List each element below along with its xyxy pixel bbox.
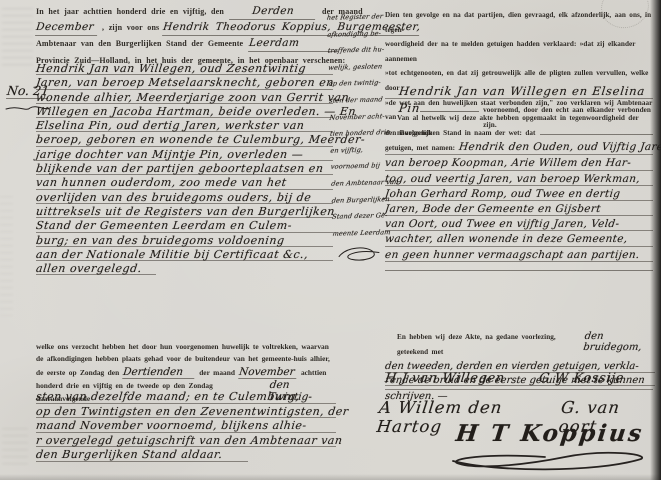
- handwritten-text: Johan Gerhard Romp, oud Twee en dertig: [384, 187, 621, 201]
- margin-note-line: en vijftig,: [330, 140, 386, 158]
- handwritten-text: en geen hunner vermaagschapt aan partije…: [384, 248, 640, 262]
- scan-edge-shadow: [650, 0, 661, 480]
- signature-official: H T Koppius: [445, 420, 655, 473]
- mixed-line: getuigen, met namen: Hendrik den Ouden, …: [385, 140, 653, 155]
- handwritten-line: sten van dezelfde maand; en te Culemburg…: [36, 389, 336, 404]
- printed-line: woordigheid der na te melden getuigen ha…: [385, 37, 653, 66]
- handwritten-text: overlijden van des bruidegoms ouders, bi…: [35, 191, 312, 205]
- signature-row-1: H J van Willegen G W Kossije: [385, 371, 653, 390]
- margin-note-line: den Ambtenaar van: [331, 173, 387, 191]
- handwritten-text: Hendrik Jan van Willegen, oud Zesentwint…: [35, 62, 307, 76]
- handwritten-line: op den Twintigsten en den Zevenentwintig…: [36, 404, 336, 419]
- handwritten-text: op den Twintigsten en den Zevenentwintig…: [35, 405, 349, 419]
- margin-note-paraph: [333, 240, 386, 267]
- handwritten-text: Stand der Gemeenten Leerdam en Culem-: [35, 219, 293, 233]
- handwritten-line: Hendrik Jan van Willegen en Elselina: [385, 83, 653, 99]
- handwritten-text: November acht-: [329, 110, 386, 125]
- mixed-line: En hebben wij deze Akte, na gedane voorl…: [385, 330, 655, 359]
- handwritten-text: meente Leerdam: [332, 226, 392, 241]
- margin-note-line: het Register der: [327, 7, 383, 25]
- handwritten-text: aan der Nationale Militie bij Certificaa…: [35, 248, 309, 262]
- handwritten-text: van Oort, oud Twee en vijftig Jaren, Vel…: [384, 217, 620, 231]
- handwritten-line: Elselina Pin, oud dertig Jaren, werkster…: [36, 118, 333, 132]
- marginal-annotation: het Register der afkondiging be- treffen…: [327, 7, 390, 272]
- closing-clause: En hebben wij deze Akte, na gedane voorl…: [385, 330, 655, 404]
- printed-text: getuigen, met namen:: [385, 141, 455, 156]
- bleed-through-ghost-text: [2, 8, 33, 66]
- handwritten-day: Derden: [229, 4, 317, 20]
- handwritten-line: allen overgelegd.: [36, 261, 156, 275]
- signature-groom: H J van Willegen: [384, 371, 506, 386]
- margin-note-line: den Burgerlijken: [331, 190, 387, 208]
- handwritten-text: blijkende van der partijen geboorteplaat…: [35, 162, 324, 176]
- handwritten-line: uittreksels uit de Registers van den Bur…: [36, 204, 333, 218]
- handwritten-text: Jaren, Bode der Gemeente en Gijsbert: [384, 202, 602, 216]
- handwritten-text: voornoemd bij: [330, 160, 381, 175]
- handwritten-text: van beroep Koopman, Arie Willem den Har-: [384, 156, 632, 170]
- signature-official-name: H T Koppius: [454, 420, 645, 447]
- handwritten-line: jarige dochter van Mijntje Pin, overlede…: [36, 147, 333, 161]
- handwritten-text: sten van dezelfde maand; en te Culemburg…: [35, 390, 300, 404]
- handwritten-line: Jaren, van beroep Metselaarsknecht, gebo…: [36, 75, 333, 89]
- handwritten-text: Jaren, van beroep Metselaarsknecht, gebo…: [35, 76, 335, 90]
- handwritten-month: December: [35, 20, 99, 36]
- handwritten-line: Johan Gerhard Romp, oud Twee en dertig: [385, 186, 653, 201]
- printed-text: der maand: [199, 367, 235, 379]
- margin-note-line: sten der maand: [329, 90, 385, 108]
- bleed-through-ghost-text: [0, 196, 13, 316]
- scanned-marriage-act-page: No. 21 In het jaar achttien honderd drie…: [0, 0, 661, 480]
- handwritten-line: Jaren, Bode der Gemeente en Gijsbert: [385, 201, 653, 216]
- printed-line: Dien ten gevolge en na dat partijen, die…: [385, 8, 653, 37]
- handwritten-line: wachter, allen wonende in deze Gemeente,: [385, 231, 653, 246]
- handwritten-text: beroep, geboren en wonende te Culemburg,…: [35, 133, 366, 147]
- printed-text: In het jaar achttien honderd drie en vij…: [36, 4, 224, 19]
- handwritten-date: Dertienden: [122, 366, 196, 379]
- handwritten-line: blijkende van der partijen geboorteplaat…: [36, 161, 333, 175]
- witnesses-paragraph: Van al hetwelk wij deze akte hebben opge…: [385, 111, 653, 271]
- handwritten-line: den Burgerlijken Stand aldaar.: [36, 447, 248, 462]
- handwritten-text: welijk, gesloten: [327, 60, 383, 75]
- margin-note-line: op den twintig-: [328, 74, 384, 92]
- margin-note-line: November acht-: [329, 107, 385, 125]
- handwritten-text: Willegen en Jacoba Hartman, beide overle…: [35, 105, 357, 119]
- printed-text: achttien: [301, 367, 326, 379]
- margin-note-line: treffende dit hu-: [327, 40, 383, 58]
- handwritten-line: van hunnen ouderdom, zoo mede van het: [36, 175, 333, 189]
- handwritten-text: Stand dezer Ge-: [331, 209, 388, 224]
- handwritten-text: wonende alhier, Meerderjarige zoon van G…: [35, 91, 350, 105]
- banns-handwritten: sten van dezelfde maand; en te Culemburg…: [36, 389, 336, 462]
- handwritten-couple-names: Hendrik Jan van Willegen en Elselina: [398, 84, 646, 99]
- handwritten-text: r overgelegd getuigschrift van den Ambte…: [35, 434, 343, 448]
- handwritten-line: beroep, geboren en wonende te Culemburg,…: [36, 132, 333, 146]
- scan-edge-shadow: [0, 474, 661, 480]
- handwritten-line: en geen hunner vermaagschapt aan partije…: [385, 247, 653, 262]
- printed-text: Van al hetwelk wij deze akte hebben opge…: [397, 114, 639, 137]
- handwritten-line: Hendrik Jan van Willegen, oud Zesentwint…: [36, 61, 333, 75]
- intro-line: In het jaar achttien honderd drie en vij…: [36, 4, 333, 20]
- handwritten-line: tog, oud veertig Jaren, van beroep Werkm…: [385, 171, 653, 186]
- closing-rule: [385, 262, 653, 271]
- handwritten-month: November: [238, 366, 298, 379]
- mixed-line: de eerste op Zondag den Dertienden der m…: [36, 366, 336, 379]
- margin-note-line: voornoemd bij: [330, 157, 386, 175]
- printed-text: , zijn voor ons: [102, 20, 159, 35]
- handwritten-text: tien honderd drie: [329, 126, 391, 141]
- printed-text: En hebben wij deze Akte, na gedane voorl…: [385, 330, 580, 359]
- margin-note-line: meente Leerdam: [332, 223, 388, 241]
- printed-text: de afkondigingen hebben plaats gehad voo…: [36, 354, 330, 363]
- handwritten-text: den Burgerlijken Stand aldaar.: [35, 448, 223, 462]
- margin-note-line: tien honderd drie: [330, 123, 386, 141]
- printed-line: welke ons verzocht hebben het door hun v…: [36, 341, 336, 353]
- handwritten-line: overlijden van des bruidegoms ouders, bi…: [36, 190, 333, 204]
- margin-note-line: afkondiging be-: [327, 24, 383, 42]
- signature-witness: G W Kossije: [538, 371, 625, 386]
- handwritten-text: burg; en van des bruidegoms voldoening: [35, 234, 285, 248]
- handwritten-text: Hendrik den Ouden, oud Vijftig Jaren,: [458, 140, 661, 154]
- handwritten-line: aan der Nationale Militie bij Certificaa…: [36, 247, 333, 261]
- printed-line: Van al hetwelk wij deze akte hebben opge…: [385, 111, 653, 140]
- handwritten-line: van Oort, oud Twee en vijftig Jaren, Vel…: [385, 216, 653, 231]
- handwritten-text: sten der maand: [328, 93, 383, 108]
- printed-text: Dien ten gevolge en na dat partijen, die…: [385, 11, 651, 34]
- handwritten-text: afkondiging be-: [326, 27, 381, 42]
- handwritten-text: en vijftig,: [329, 144, 364, 159]
- handwritten-line: maand November voornoemd, blijkens alhie…: [36, 418, 336, 433]
- handwritten-line: van beroep Koopman, Arie Willem den Har-: [385, 155, 653, 170]
- handwritten-text: maand November voornoemd, blijkens alhie…: [35, 419, 307, 433]
- margin-note-line: welijk, gesloten: [328, 57, 384, 75]
- handwritten-text: op den twintig-: [328, 77, 382, 92]
- handwritten-text: jarige dochter van Mijntje Pin, overlede…: [35, 148, 304, 162]
- handwritten-text: het Register der: [326, 10, 384, 25]
- handwritten-text: den bruidegom,: [583, 331, 656, 353]
- handwritten-line: wonende alhier, Meerderjarige zoon van G…: [36, 90, 333, 104]
- handwritten-line: r overgelegd getuigschrift van den Ambte…: [36, 433, 336, 448]
- handwritten-text: wachter, allen wonende in deze Gemeente,: [384, 232, 628, 246]
- margin-note-line: Stand dezer Ge-: [332, 206, 388, 224]
- act-intro: In het jaar achttien honderd drie en vij…: [36, 4, 333, 68]
- handwritten-text: allen overgelegd.: [35, 262, 142, 276]
- printed-text: de eerste op Zondag den: [36, 367, 119, 379]
- printed-text: Ambtenaar van den Burgerlijken Stand der…: [36, 36, 243, 51]
- handwritten-text: Elselina Pin, oud dertig Jaren, werkster…: [35, 119, 305, 133]
- comparition-text: Hendrik Jan van Willegen, oud Zesentwint…: [36, 61, 333, 275]
- intro-line: December , zijn voor ons Hendrik Theodor…: [36, 20, 333, 36]
- handwritten-line: burg; en van des bruidegoms voldoening: [36, 233, 333, 247]
- handwritten-text: tog, oud veertig Jaren, van beroep Werkm…: [384, 172, 641, 186]
- bleed-through-ghost-text: [2, 428, 28, 470]
- printed-text: welke ons verzocht hebben het door hun v…: [36, 342, 329, 351]
- handwritten-text: treffende dit hu-: [327, 43, 385, 58]
- printed-text: woordigheid der na te melden getuigen ha…: [385, 40, 635, 63]
- handwritten-text: den Burgerlijken: [331, 193, 391, 208]
- handwritten-line: Stand der Gemeenten Leerdam en Culem-: [36, 218, 333, 232]
- handwritten-text: uittreksels uit de Registers van den Bur…: [35, 205, 336, 219]
- handwritten-text: van hunnen ouderdom, zoo mede van het: [35, 176, 287, 190]
- handwritten-line: Willegen en Jacoba Hartman, beide overle…: [36, 104, 333, 118]
- intro-line: Ambtenaar van den Burgerlijken Stand der…: [36, 36, 333, 52]
- printed-line: de afkondigingen hebben plaats gehad voo…: [36, 353, 336, 365]
